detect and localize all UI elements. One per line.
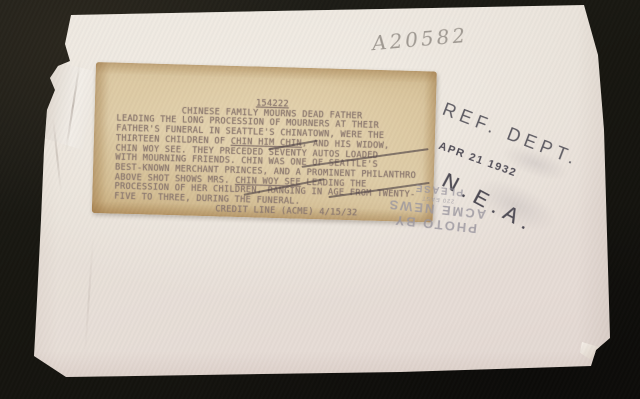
paper-crease	[84, 236, 94, 356]
acme-credit-stamp-upside-down: PHOTO BY ACME NEWS 220 EAST PLEASE	[381, 177, 494, 237]
photo-back-on-dark-surface: 154222 CHINESE FAMILY MOURNS DEAD FATHER…	[0, 0, 640, 399]
corner-tear	[580, 342, 600, 360]
handwritten-archive-number: A20582	[371, 23, 469, 55]
photo-paper-back: 154222 CHINESE FAMILY MOURNS DEAD FATHER…	[0, 0, 640, 399]
